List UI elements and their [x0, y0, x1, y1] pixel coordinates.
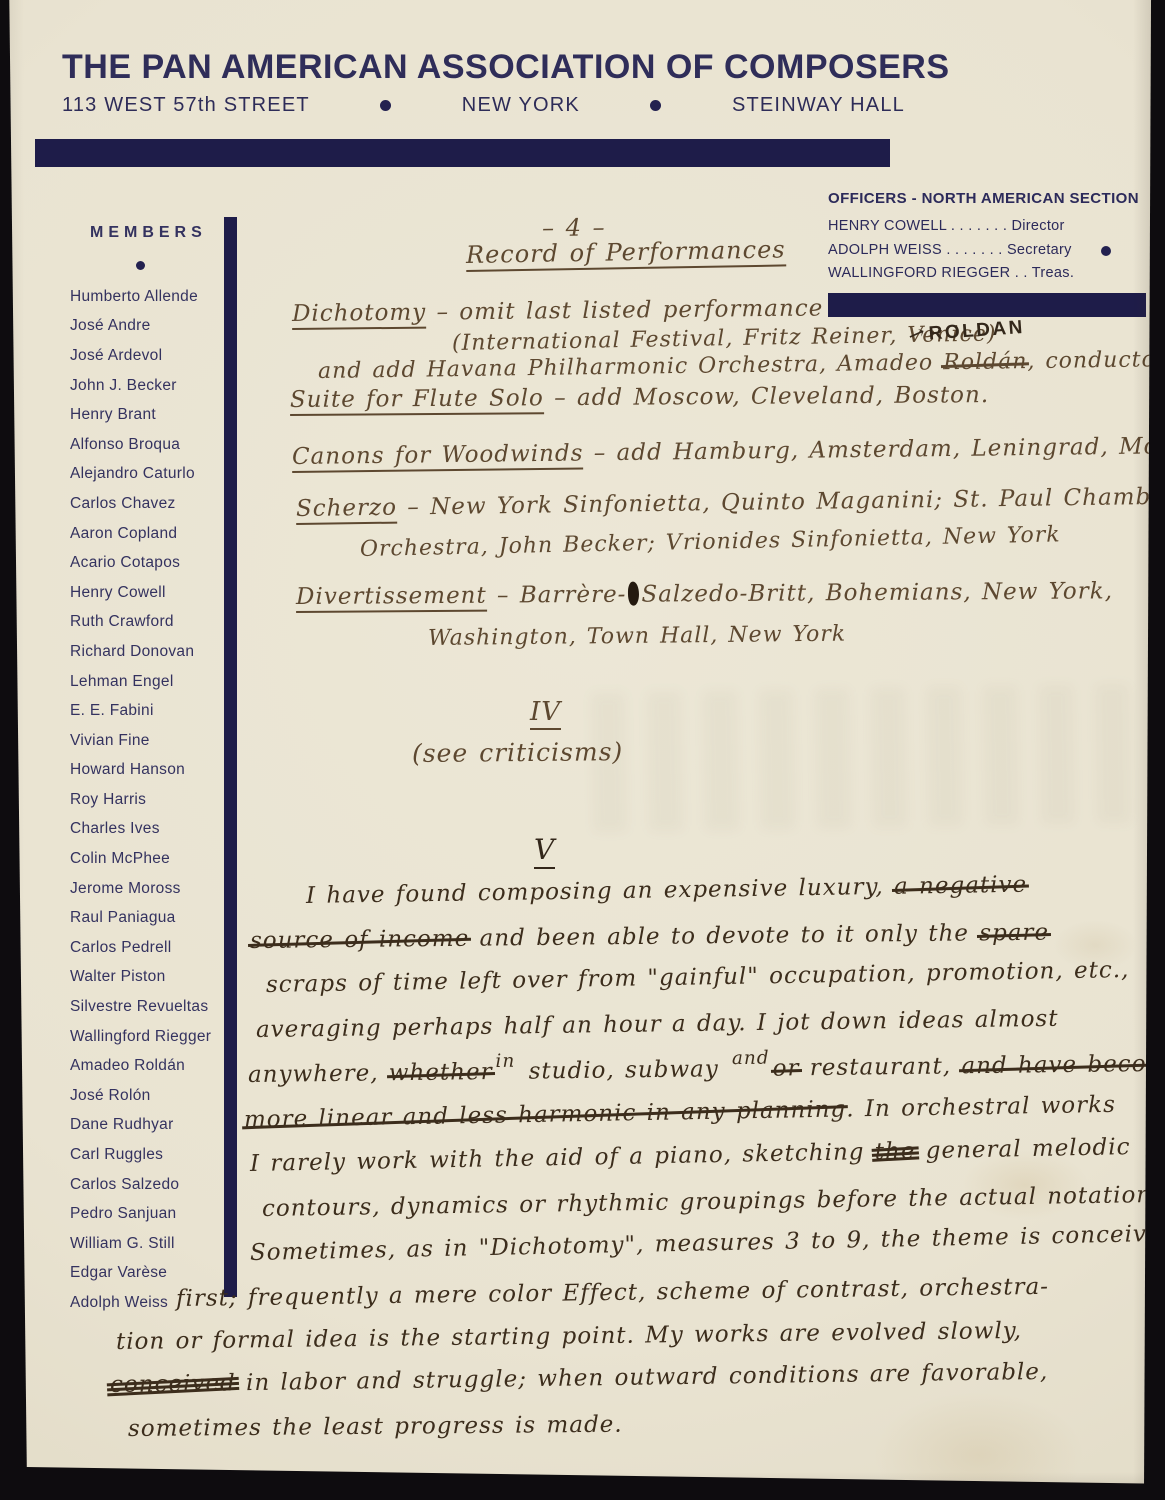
dichotomy-line: Dichotomy – omit last listed performance	[292, 295, 824, 327]
divertissement-line-2: Washington, Town Hall, New York	[428, 622, 846, 651]
scanned-letter-page: THE PAN AMERICAN ASSOCIATION OF COMPOSER…	[0, 0, 1165, 1500]
page-number: – 4 –	[542, 213, 606, 242]
paragraph-line-7: I rarely work with the aid of a piano, s…	[250, 1134, 1131, 1177]
paragraph-line-8: contours, dynamics or rhythmic groupings…	[262, 1182, 1161, 1222]
section-title: Record of Performances	[466, 235, 786, 269]
divertissement-line-1: Divertissement – Barrère-Salzedo-Britt, …	[296, 578, 1113, 610]
canons-line: Canons for Woodwinds – add Hamburg, Amst…	[292, 433, 1165, 470]
scherzo-line-2: Orchestra, John Becker; Vrionides Sinfon…	[360, 522, 1061, 562]
paragraph-line-12: conceived in labor and struggle; when ou…	[110, 1359, 1049, 1398]
paragraph-line-5: anywhere, whetherin studio, subway andor…	[248, 1051, 1165, 1088]
paragraph-line-1: I have found composing an expensive luxu…	[306, 872, 1028, 909]
paragraph-line-3: scraps of time left over from "gainful" …	[266, 957, 1130, 998]
suite-line: Suite for Flute Solo – add Moscow, Cleve…	[290, 382, 989, 413]
havana-line: and add Havana Philharmonic Orchestra, A…	[318, 347, 1165, 384]
scherzo-line-1: Scherzo – New York Sinfonietta, Quinto M…	[296, 484, 1165, 522]
paragraph-line-11: tion or formal idea is the starting poin…	[116, 1318, 1022, 1355]
paragraph-line-4: averaging perhaps half an hour a day. I …	[256, 1006, 1059, 1043]
section-iv: IV	[530, 697, 561, 727]
paragraph-line-2: source of income and been able to devote…	[250, 920, 1049, 954]
paragraph-line-9: Sometimes, as in "Dichotomy", measures 3…	[250, 1221, 1165, 1266]
paragraph-line-10: first; frequently a mere color Effect, s…	[176, 1274, 1049, 1312]
paragraph-line-6: more linear and less harmonic in any pla…	[244, 1092, 1116, 1133]
see-criticisms: (see criticisms)	[412, 737, 623, 768]
handwritten-manuscript: – 4 –Record of PerformancesDichotomy – o…	[0, 0, 1165, 1500]
roldan-annotation: →ROLDAN	[907, 314, 1026, 347]
paragraph-line-13: sometimes the least progress is made.	[128, 1412, 623, 1442]
section-v: V	[534, 833, 555, 866]
